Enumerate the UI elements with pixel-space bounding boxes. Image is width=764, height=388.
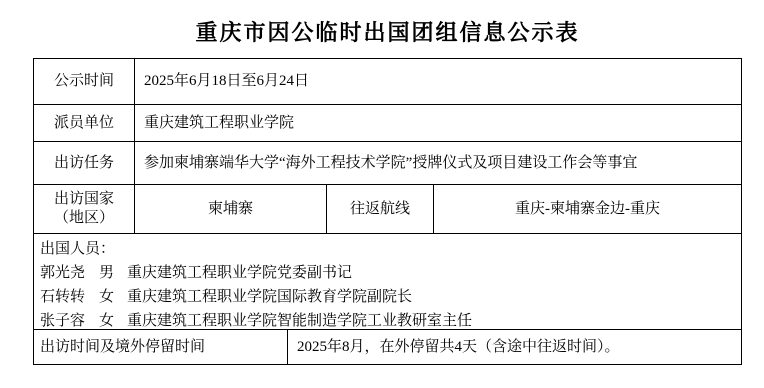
mission-value: 参加柬埔寨端华大学“海外工程技术学院”授牌仪式及项目建设工作会等事宜 — [135, 142, 741, 184]
row-personnel: 出国人员： 郭光尧男重庆建筑工程职业学院党委副书记 石转转女重庆建筑工程职业学院… — [34, 234, 741, 330]
row-dispatching-unit: 派员单位 重庆建筑工程职业学院 — [34, 105, 741, 142]
personnel-cell: 出国人员： 郭光尧男重庆建筑工程职业学院党委副书记 石转转女重庆建筑工程职业学院… — [34, 234, 741, 329]
personnel-member: 石转转女重庆建筑工程职业学院国际教育学院副院长 — [40, 285, 735, 309]
person-title: 重庆建筑工程职业学院国际教育学院副院长 — [127, 289, 412, 305]
duration-label: 出访时间及境外停留时间 — [34, 330, 288, 364]
person-gender: 女 — [99, 285, 114, 309]
row-duration: 出访时间及境外停留时间 2025年8月，在外停留共4天（含途中往返时间）。 — [34, 330, 741, 364]
person-title: 重庆建筑工程职业学院党委副书记 — [127, 265, 352, 281]
person-title: 重庆建筑工程职业学院智能制造学院工业教研室主任 — [127, 313, 472, 329]
route-value: 重庆-柬埔寨金边-重庆 — [434, 185, 741, 233]
publicity-period-value: 2025年6月18日至6月24日 — [135, 59, 741, 104]
row-publicity-period: 公示时间 2025年6月18日至6月24日 — [34, 59, 741, 105]
person-gender: 男 — [99, 261, 114, 285]
dispatching-unit-value: 重庆建筑工程职业学院 — [135, 105, 741, 141]
row-destination: 出访国家 （地区） 柬埔寨 往返航线 重庆-柬埔寨金边-重庆 — [34, 185, 741, 234]
destination-label-line2: （地区） — [54, 209, 114, 228]
page-title: 重庆市因公临时出国团组信息公示表 — [33, 16, 742, 47]
mission-label: 出访任务 — [34, 142, 135, 184]
destination-label-line1: 出访国家 — [54, 190, 114, 209]
destination-label: 出访国家 （地区） — [34, 185, 135, 233]
person-name: 郭光尧 — [40, 261, 86, 285]
dispatching-unit-label: 派员单位 — [34, 105, 135, 141]
duration-value: 2025年8月，在外停留共4天（含途中往返时间）。 — [288, 330, 741, 364]
row-mission: 出访任务 参加柬埔寨端华大学“海外工程技术学院”授牌仪式及项目建设工作会等事宜 — [34, 142, 741, 185]
publicity-period-label: 公示时间 — [34, 59, 135, 104]
destination-country: 柬埔寨 — [135, 185, 327, 233]
person-name: 石转转 — [40, 285, 86, 309]
publicity-table: 公示时间 2025年6月18日至6月24日 派员单位 重庆建筑工程职业学院 出访… — [33, 58, 742, 365]
route-label: 往返航线 — [327, 185, 434, 233]
document-page: 重庆市因公临时出国团组信息公示表 公示时间 2025年6月18日至6月24日 派… — [0, 0, 764, 388]
personnel-header: 出国人员： — [40, 237, 735, 261]
personnel-member: 郭光尧男重庆建筑工程职业学院党委副书记 — [40, 261, 735, 285]
